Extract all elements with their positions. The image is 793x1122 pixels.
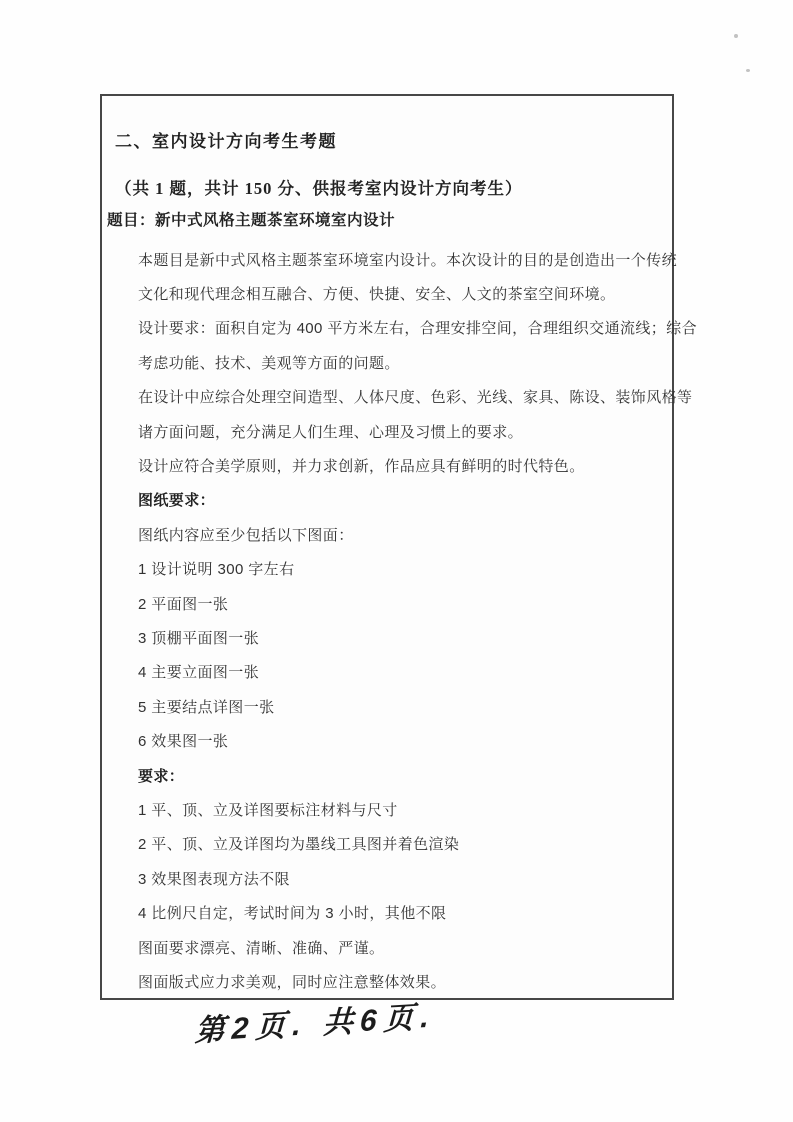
drawing-requirements-heading: 图纸要求： [138,483,666,517]
list-item: 3 效果图表现方法不限 [138,861,666,895]
exam-content-box: 二、室内设计方向考生考题 （共 1 题，共计 150 分、供报考室内设计方向考生… [100,94,674,1000]
section-heading: 二、室内设计方向考生考题 [115,127,337,152]
topic-title: 题目：新中式风格主题茶室环境室内设计 [107,208,395,230]
scan-speck [734,34,738,38]
handwritten-page-number: 第2页. 共6页. [194,991,437,1050]
body-line: 图纸内容应至少包括以下图面： [138,517,666,551]
body-line: 考虑功能、技术、美观等方面的问题。 [138,345,666,379]
body-line: 在设计中应综合处理空间造型、人体尺度、色彩、光线、家具、陈设、装饰风格等 [138,380,666,414]
body-line: 设计要求：面积自定为 400 平方米左右，合理安排空间，合理组织交通流线；综合 [138,311,666,345]
scan-speck [746,69,750,72]
requirements-heading: 要求： [138,758,666,792]
list-item: 3 顶棚平面图一张 [138,620,666,654]
list-item: 1 平、顶、立及详图要标注材料与尺寸 [138,792,666,826]
body-line: 本题目是新中式风格主题茶室环境室内设计。本次设计的目的是创造出一个传统 [138,242,666,276]
body-line: 诸方面问题，充分满足人们生理、心理及习惯上的要求。 [138,414,666,448]
list-item: 1 设计说明 300 字左右 [138,552,666,586]
list-item: 4 主要立面图一张 [138,655,666,689]
body-line: 设计应符合美学原则，并力求创新，作品应具有鲜明的时代特色。 [138,448,666,482]
list-item: 4 比例尺自定，考试时间为 3 小时，其他不限 [138,895,666,929]
body-line: 文化和现代理念相互融合、方便、快捷、安全、人文的茶室空间环境。 [138,276,666,310]
list-item: 2 平面图一张 [138,586,666,620]
list-item: 2 平、顶、立及详图均为墨线工具图并着色渲染 [138,827,666,861]
body-line: 图面要求漂亮、清晰、准确、严谨。 [138,930,666,964]
list-item: 5 主要结点详图一张 [138,689,666,723]
exam-body: 本题目是新中式风格主题茶室环境室内设计。本次设计的目的是创造出一个传统 文化和现… [138,242,666,999]
list-item: 6 效果图一张 [138,723,666,757]
scanned-exam-page: 二、室内设计方向考生考题 （共 1 题，共计 150 分、供报考室内设计方向考生… [0,0,793,1122]
score-note: （共 1 题，共计 150 分、供报考室内设计方向考生） [115,175,523,199]
